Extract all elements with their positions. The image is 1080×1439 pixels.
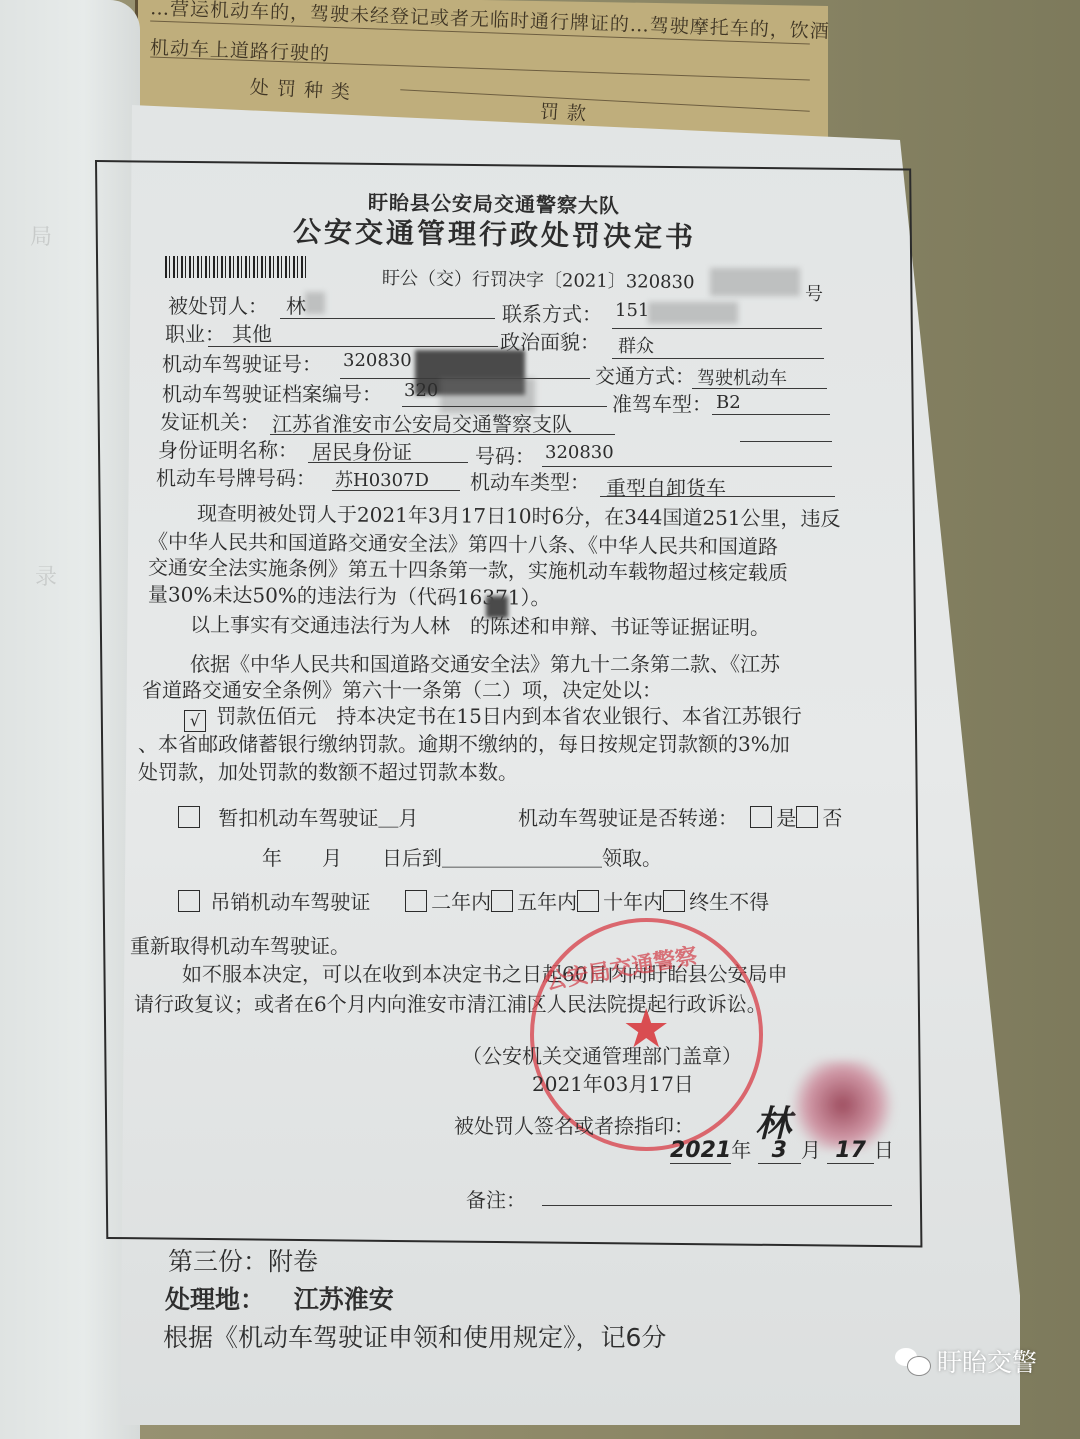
revocation-option: 吊销机动车驾驶证 二年内五年内十年内终生不得 [178,886,769,915]
wechat-watermark: 盱眙交警 [895,1343,1037,1379]
license-number-label: 机动车驾驶证号： [162,348,322,377]
id-number-value: 320830 [545,442,614,463]
license-transfer: 机动车驾驶证是否转递： 是否 [518,802,842,831]
contact-label: 联系方式： [502,298,602,327]
points-note: 根据《机动车驾驶证申领和使用规定》，记6分 [163,1318,666,1354]
revocation-10yr-label: 十年内 [603,890,663,914]
sign-date: 2021年 3月 17日 [670,1134,894,1163]
processing-location-value: 江苏淮安 [294,1285,394,1314]
political-status-value: 群众 [618,332,654,358]
suspension-label: 暂扣机动车驾驶证＿月 [218,806,418,830]
license-file-number-value: 320 [404,380,438,401]
occupation-value: 其他 [232,318,272,347]
remarks-label: 备注： [466,1184,526,1213]
issuer-label: 发证机关： [160,406,260,435]
traffic-mode-value: 驾驶机动车 [697,364,787,390]
revocation-lifetime-label: 终生不得 [689,890,769,914]
id-type-label: 身份证明名称： [158,434,298,463]
plate-number-value: 苏H0307D [335,466,429,492]
revocation-label: 吊销机动车驾驶证 [210,890,370,914]
offender-value: 林 [286,290,306,319]
redacted-name-evidence [486,596,508,618]
field-underline [692,388,827,389]
field-underline [612,328,822,329]
basis-line-2: 省道路交通安全条例》第六十一条第（二）项，决定处以： [142,674,662,703]
issue-date: 2021年03月17日 [532,1068,694,1097]
revocation-5yr-label: 五年内 [517,890,577,914]
field-underline [270,434,615,435]
fine-text-line-1: 罚款伍佰元 持本决定书在15日内到本省农业银行、本省江苏银行 [216,704,801,728]
field-underline [600,496,835,497]
bleed-through-text: 局 [30,220,52,251]
id-number-label: 号码： [475,440,535,469]
document-number-prefix: 盱公（交）行罚决字〔2021〕320830 [382,268,695,293]
seal-label: （公安机关交通管理部门盖章） [462,1040,742,1069]
field-underline [308,462,468,463]
suspension-option: 暂扣机动车驾驶证＿月 [178,802,418,831]
revocation-tail: 重新取得机动车驾驶证。 [130,930,350,959]
field-underline [740,441,832,442]
watermark-text: 盱眙交警 [937,1343,1037,1379]
field-underline [332,490,460,491]
license-file-number-label: 机动车驾驶证档案编号： [162,378,382,407]
transfer-yes-label: 是 [776,806,796,830]
day-label: 日 [874,1138,894,1162]
return-date-line: 年 月 日后到＿＿＿＿＿＿＿＿领取。 [262,842,662,871]
revocation-2yr-checkbox[interactable] [405,890,427,912]
vehicle-class-value: B2 [716,392,741,413]
revocation-checkbox[interactable] [178,890,200,912]
license-number-value: 320830 [343,350,412,371]
document-number-suffix: 号 [805,280,823,306]
id-type-value: 居民身份证 [312,436,412,465]
plate-number-label: 机动车号牌号码： [156,462,316,491]
transfer-no-label: 否 [822,806,842,830]
contact-value: 151 [615,300,649,321]
field-underline [712,414,830,415]
field-underline [612,358,824,359]
folder-penalty-type-label: 处 罚 种 类 [249,72,351,104]
revocation-lifetime-checkbox[interactable] [663,890,685,912]
processing-location: 处理地： 江苏淮安 [165,1280,394,1316]
traffic-mode-label: 交通方式： [595,360,695,389]
remarks-field[interactable] [542,1205,892,1206]
sign-date-month: 3 [758,1138,801,1164]
copy-note: 第三份：附卷 [168,1242,318,1278]
license-transfer-label: 机动车驾驶证是否转递： [518,806,738,830]
wechat-icon [895,1346,931,1376]
folder-penalty-type-value: 罚 款 [539,97,587,126]
vehicle-class-label: 准驾车型： [612,388,712,417]
field-underline [402,406,607,407]
offender-label: 被处罚人： [168,290,268,319]
issuer-value: 江苏省淮安市公安局交通警察支队 [272,408,572,437]
bleed-through-text: 录 [35,560,57,591]
fine-text-line-2: 、本省邮政储蓄银行缴纳罚款。逾期不缴纳的，每日按规定罚款额的3%加 [138,728,790,757]
year-label: 年 [731,1138,751,1162]
redacted-doc-number [710,268,800,296]
field-underline [208,346,498,347]
redacted-name [305,292,325,314]
transfer-yes-checkbox[interactable] [750,806,772,828]
transfer-no-checkbox[interactable] [796,806,818,828]
sign-date-year: 2021 [670,1138,731,1164]
evidence-statement: 以上事实有交通违法行为人林 的陈述和申辩、书证等证据证明。 [190,608,770,640]
barcode [165,256,307,278]
vehicle-type-label: 机动车类型： [470,466,590,495]
revocation-5yr-checkbox[interactable] [491,890,513,912]
document-title: 公安交通管理行政处罚决定书 [293,210,697,256]
redacted-phone [648,302,738,324]
revocation-10yr-checkbox[interactable] [577,890,599,912]
occupation-label: 职业： [165,318,225,347]
processing-location-label: 处理地： [165,1285,265,1314]
signature-label: 被处罚人签名或者捺指印： [454,1110,694,1139]
sign-date-day: 17 [827,1138,874,1164]
field-underline [280,318,495,319]
month-label: 月 [801,1138,821,1162]
fine-text-line-3: 处罚款，加处罚款的数额不超过罚款本数。 [138,756,518,785]
basis-line-1: 依据《中华人民共和国道路交通安全法》第九十二条第二款、《江苏 [190,648,780,677]
document-number: 盱公（交）行罚决字〔2021〕320830 [382,264,695,294]
revocation-2yr-label: 二年内 [431,890,491,914]
suspension-checkbox[interactable] [178,806,200,828]
